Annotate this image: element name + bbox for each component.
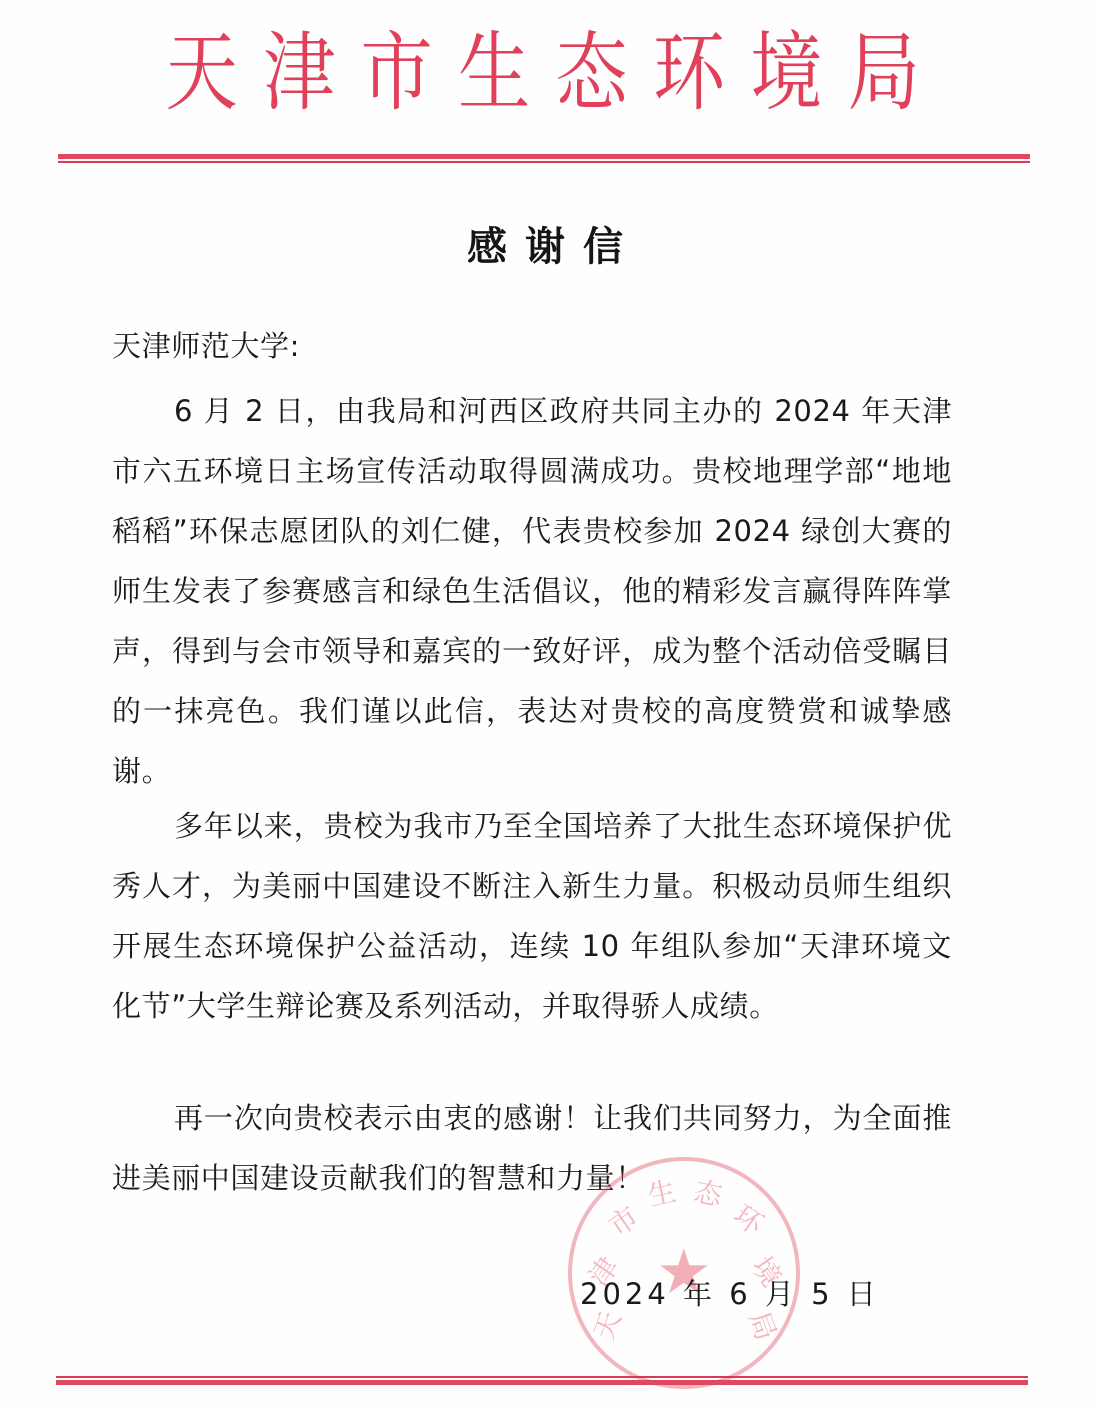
seal-char: 市 [604, 1202, 644, 1243]
seal-char: 生 [645, 1176, 679, 1211]
letterhead-org-name: 天津市生态环境局 [88, 18, 1007, 128]
seal-char: 环 [728, 1200, 768, 1241]
salutation: 天津师范大学: [112, 326, 300, 366]
paragraph-2: 多年以来，贵校为我市乃至全国培养了大批生态环境保护优秀人才，为美丽中国建设不断注… [112, 796, 952, 1036]
letter-title: 感谢信 [0, 222, 1094, 272]
paragraph-3: 再一次向贵校表示由衷的感谢！让我们共同努力，为全面推进美丽中国建设贡献我们的智慧… [112, 1088, 952, 1208]
letter-date: 2024 年 6 月 5 日 [580, 1272, 880, 1316]
paragraph-1: 6 月 2 日，由我局和河西区政府共同主办的 2024 年天津市六五环境日主场宣… [112, 381, 952, 801]
letter-page: 天津市生态环境局 感谢信 天津师范大学: 6 月 2 日，由我局和河西区政府共同… [0, 0, 1094, 1410]
letterhead-rule-thick [58, 154, 1030, 159]
seal-char: 态 [691, 1176, 725, 1211]
footer-rule-thick [56, 1380, 1028, 1385]
letterhead-rule-thin [58, 161, 1030, 163]
footer-rule-thin [56, 1376, 1028, 1378]
